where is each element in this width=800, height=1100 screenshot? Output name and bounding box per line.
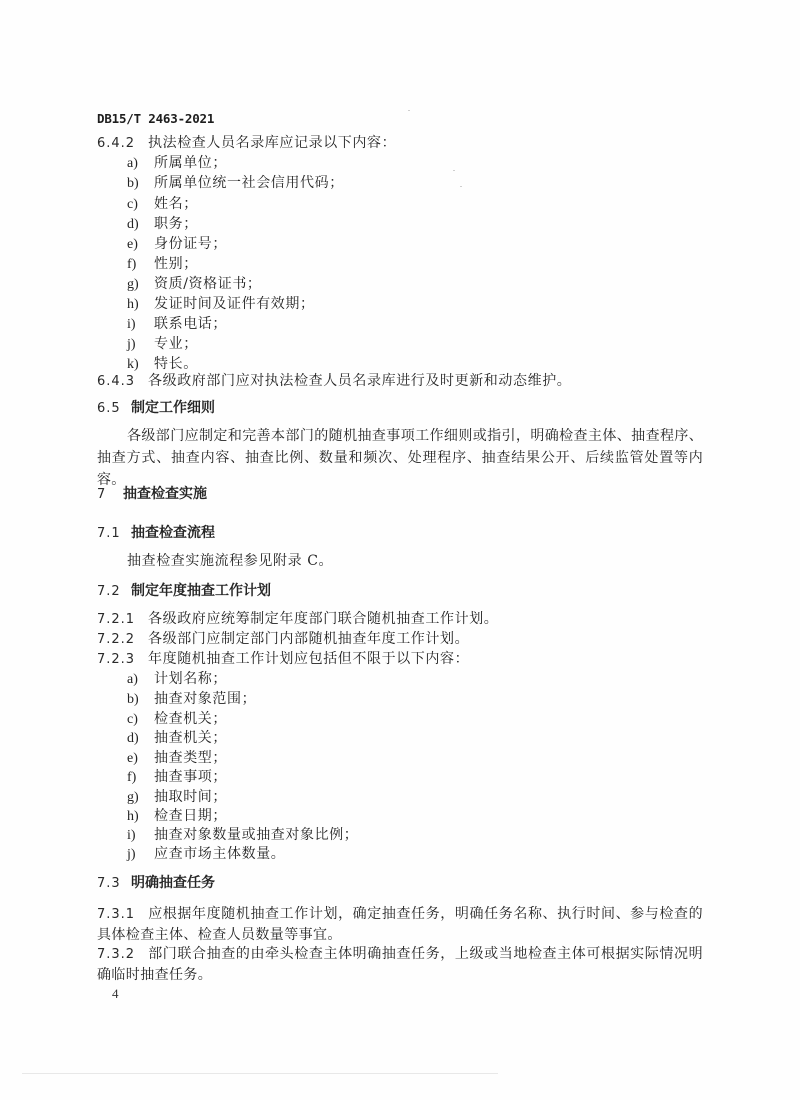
list-text: 所属单位； [154, 155, 227, 171]
clause-7-3-1: 7.3.1应根据年度随机抽查工作计划，确定抽查任务，明确任务名称、执行时间、参与… [97, 904, 703, 945]
list-marker: d) [127, 217, 154, 233]
clause-number: 7.2.3 [97, 652, 148, 668]
clause-6-4-3: 6.4.3各级政府部门应对执法检查人员名录库进行及时更新和动态维护。 [97, 373, 571, 389]
clause-7-2-3: 7.2.3年度随机抽查工作计划应包括但不限于以下内容： [97, 651, 469, 667]
list-marker: i) [127, 317, 154, 333]
list-item: c)姓名； [127, 196, 198, 212]
list-marker: h) [127, 809, 154, 825]
list-text: 资质/资格证书； [154, 276, 262, 292]
section-number: 6.5 [97, 401, 131, 417]
scan-speck [460, 186, 462, 187]
list-marker: g) [127, 790, 154, 806]
list-text: 抽查事项； [154, 769, 227, 785]
list-marker: e) [127, 237, 154, 253]
paragraph-6-5: 各级部门应制定和完善本部门的随机抽查事项工作细则或指引，明确检查主体、抽查程序、… [97, 425, 703, 491]
clause-text: 年度随机抽查工作计划应包括但不限于以下内容： [148, 651, 469, 667]
list-item: j)专业； [127, 336, 198, 352]
section-title: 明确抽查任务 [131, 875, 215, 891]
section-title: 制定工作细则 [131, 400, 215, 416]
list-marker: j) [127, 847, 154, 863]
list-marker: c) [127, 197, 154, 213]
list-marker: i) [127, 828, 154, 844]
list-text: 抽查对象数量或抽查对象比例； [154, 827, 358, 843]
section-heading-7-1: 7.1抽查检查流程 [97, 525, 215, 541]
list-item: f)抽查事项； [127, 769, 227, 785]
list-item: b)抽查对象范围； [127, 691, 256, 707]
clause-text: 部门联合抽查的由牵头检查主体明确抽查任务，上级或当地检查主体可根据实际情况明确临… [97, 946, 703, 983]
list-item: f)性别； [127, 256, 198, 272]
list-item: h)发证时间及证件有效期； [127, 296, 315, 312]
section-heading-6-5: 6.5制定工作细则 [97, 400, 215, 416]
list-item: b)所属单位统一社会信用代码； [127, 175, 344, 191]
clause-number: 7.2.2 [97, 632, 148, 648]
clause-number: 6.4.2 [97, 136, 148, 152]
list-marker: d) [127, 731, 154, 747]
clause-number: 6.4.3 [97, 374, 148, 390]
list-item: h)检查日期； [127, 808, 227, 824]
list-item: c)检查机关； [127, 711, 227, 727]
list-text: 检查机关； [154, 711, 227, 727]
section-title: 制定年度抽查工作计划 [131, 583, 271, 599]
list-text: 联系电话； [154, 316, 227, 332]
clause-7-2-1: 7.2.1各级政府应统筹制定年度部门联合随机抽查工作计划。 [97, 611, 498, 627]
list-item: d)抽查机关； [127, 730, 227, 746]
list-text: 姓名； [154, 196, 198, 212]
section-number: 7.2 [97, 584, 131, 600]
paragraph-7-1: 抽查检查实施流程参见附录 C。 [127, 553, 333, 569]
clause-text: 各级政府部门应对执法检查人员名录库进行及时更新和动态维护。 [148, 373, 571, 389]
list-text: 发证时间及证件有效期； [154, 296, 315, 312]
list-text: 性别； [154, 256, 198, 272]
section-number: 7.1 [97, 526, 131, 542]
list-text: 应查市场主体数量。 [154, 846, 285, 862]
list-item: e)身份证号； [127, 236, 227, 252]
clause-6-4-2: 6.4.2执法检查人员名录库应记录以下内容： [97, 135, 396, 151]
list-item: k)特长。 [127, 356, 198, 372]
list-item: j)应查市场主体数量。 [127, 846, 285, 862]
list-item: a)计划名称； [127, 671, 227, 687]
list-text: 特长。 [154, 356, 198, 372]
document-code-header: DB15/T 2463-2021 [97, 111, 214, 126]
clause-number: 7.3.2 [97, 945, 148, 965]
clause-text: 应根据年度随机抽查工作计划，确定抽查任务，明确任务名称、执行时间、参与检查的具体… [97, 906, 703, 943]
list-marker: c) [127, 712, 154, 728]
list-text: 计划名称； [154, 671, 227, 687]
list-item: i)联系电话； [127, 316, 227, 332]
list-marker: j) [127, 337, 154, 353]
list-item: d)职务； [127, 216, 198, 232]
list-text: 抽查对象范围； [154, 691, 256, 707]
clause-text: 各级政府应统筹制定年度部门联合随机抽查工作计划。 [148, 611, 498, 627]
list-text: 检查日期； [154, 808, 227, 824]
list-marker: f) [127, 770, 154, 786]
list-text: 抽取时间； [154, 789, 227, 805]
list-marker: h) [127, 297, 154, 313]
list-text: 抽查机关； [154, 730, 227, 746]
section-title: 抽查检查流程 [131, 525, 215, 541]
section-number: 7.3 [97, 876, 131, 892]
clause-text: 执法检查人员名录库应记录以下内容： [148, 135, 396, 151]
clause-number: 7.3.1 [97, 905, 148, 925]
list-item: a)所属单位； [127, 155, 227, 171]
scan-artifact-line [22, 1073, 498, 1074]
list-item: g)资质/资格证书； [127, 276, 262, 292]
list-marker: g) [127, 277, 154, 293]
list-item: g)抽取时间； [127, 789, 227, 805]
section-heading-7-2: 7.2制定年度抽查工作计划 [97, 583, 271, 599]
list-marker: k) [127, 357, 154, 373]
paragraph-text: 抽查检查实施流程参见附录 C。 [127, 553, 333, 569]
scan-speck [453, 170, 455, 171]
clause-text: 各级部门应制定部门内部随机抽查年度工作计划。 [148, 631, 469, 647]
scan-speck [408, 110, 410, 111]
list-text: 专业； [154, 336, 198, 352]
list-marker: b) [127, 692, 154, 708]
list-item: e)抽查类型； [127, 750, 227, 766]
list-text: 所属单位统一社会信用代码； [154, 175, 344, 191]
document-page: DB15/T 2463-2021 6.4.2执法检查人员名录库应记录以下内容： … [0, 0, 800, 1100]
list-text: 身份证号； [154, 236, 227, 252]
list-marker: b) [127, 176, 154, 192]
page-number: 4 [112, 986, 119, 1002]
clause-number: 7.2.1 [97, 612, 148, 628]
list-marker: a) [127, 156, 154, 172]
list-marker: f) [127, 257, 154, 273]
list-marker: e) [127, 751, 154, 767]
list-marker: a) [127, 672, 154, 688]
list-text: 职务； [154, 216, 198, 232]
clause-7-3-2: 7.3.2部门联合抽查的由牵头检查主体明确抽查任务，上级或当地检查主体可根据实际… [97, 944, 703, 985]
list-item: i)抽查对象数量或抽查对象比例； [127, 827, 358, 843]
chapter-heading-7: 7抽查检查实施 [97, 486, 207, 502]
chapter-number: 7 [97, 487, 123, 503]
clause-7-2-2: 7.2.2各级部门应制定部门内部随机抽查年度工作计划。 [97, 631, 469, 647]
section-heading-7-3: 7.3明确抽查任务 [97, 875, 215, 891]
chapter-title: 抽查检查实施 [123, 486, 207, 502]
list-text: 抽查类型； [154, 750, 227, 766]
